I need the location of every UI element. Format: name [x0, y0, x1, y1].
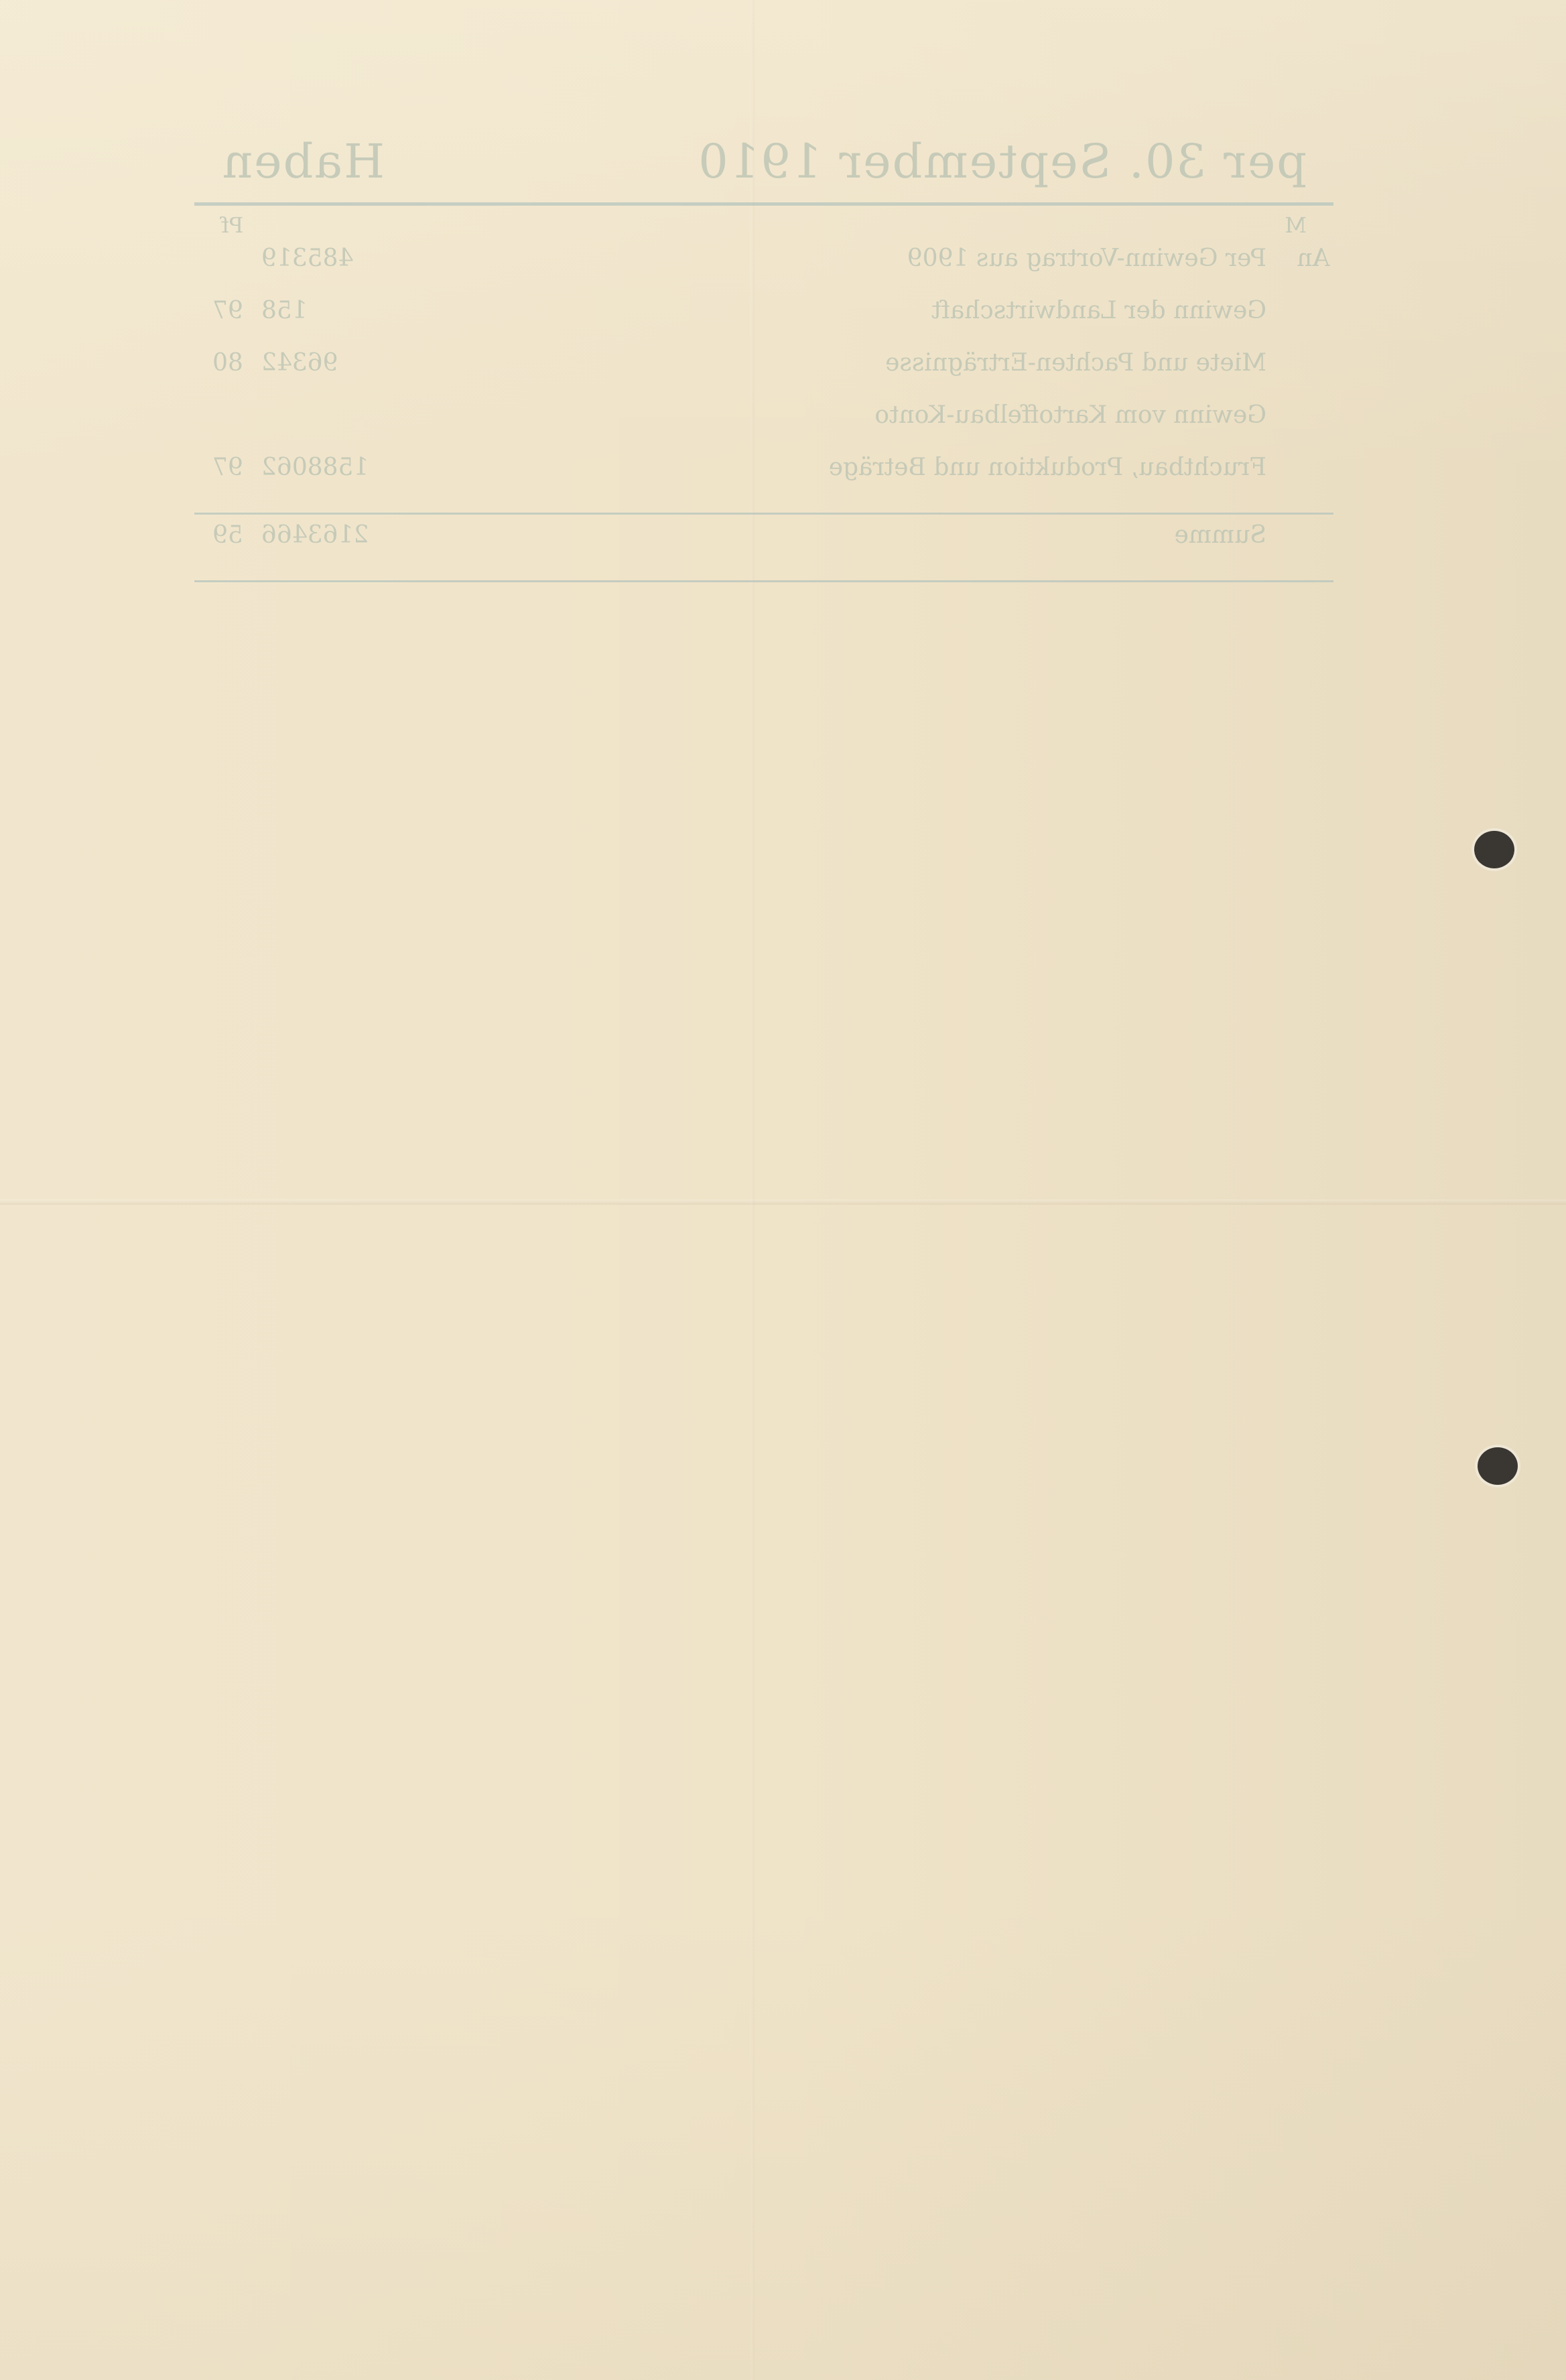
- bleed-through-ledger: per 30. September 1910 Haben M Pf An Per…: [194, 134, 1333, 589]
- row-cents: 97: [194, 454, 261, 481]
- ledger-row: Gewinn vom Kartoffelbau-Konto: [194, 401, 1333, 454]
- row-mark: An: [1293, 245, 1333, 272]
- paper-fold-horizontal: [0, 1199, 1566, 1205]
- sum-rule: [194, 513, 1333, 515]
- row-amount: 485319: [261, 245, 436, 272]
- row-cents: 80: [194, 349, 261, 377]
- punch-hole-lower: [1478, 1447, 1518, 1485]
- total-amount: 2163466: [261, 521, 436, 549]
- row-description: Per Gewinn-Vortrag aus 1909: [436, 245, 1293, 272]
- ledger-row: Miete und Pachten-Erträgnisse 96342 80: [194, 349, 1333, 401]
- total-cents: 59: [194, 521, 261, 549]
- column-header-cents: Pf: [221, 212, 243, 238]
- ledger-total-row: Summe 2163466 59: [194, 521, 1333, 574]
- total-label: Summe: [436, 521, 1293, 549]
- row-amount: 158: [261, 297, 436, 324]
- ledger-row: Gewinn der Landwirtschaft 158 97: [194, 297, 1333, 349]
- ledger-row: Fruchtbau, Produktion und Beträge 158806…: [194, 454, 1333, 506]
- row-description: Fruchtbau, Produktion und Beträge: [436, 454, 1293, 481]
- row-description: Gewinn der Landwirtschaft: [436, 297, 1293, 324]
- ledger-row: An Per Gewinn-Vortrag aus 1909 485319: [194, 245, 1333, 297]
- ledger-header: per 30. September 1910 Haben: [194, 134, 1333, 189]
- punch-hole-upper: [1474, 831, 1514, 868]
- row-amount: 1588062: [261, 454, 436, 481]
- row-description: Gewinn vom Kartoffelbau-Konto: [436, 401, 1293, 429]
- ledger-title: per 30. September 1910: [697, 134, 1307, 189]
- ledger-side-label: Haben: [221, 134, 385, 189]
- column-headers: M Pf: [194, 206, 1333, 245]
- row-description: Miete und Pachten-Erträgnisse: [436, 349, 1293, 377]
- row-cents: 97: [194, 297, 261, 324]
- sum-rule: [194, 580, 1333, 582]
- column-header-marks: M: [1285, 212, 1307, 238]
- row-amount: 96342: [261, 349, 436, 377]
